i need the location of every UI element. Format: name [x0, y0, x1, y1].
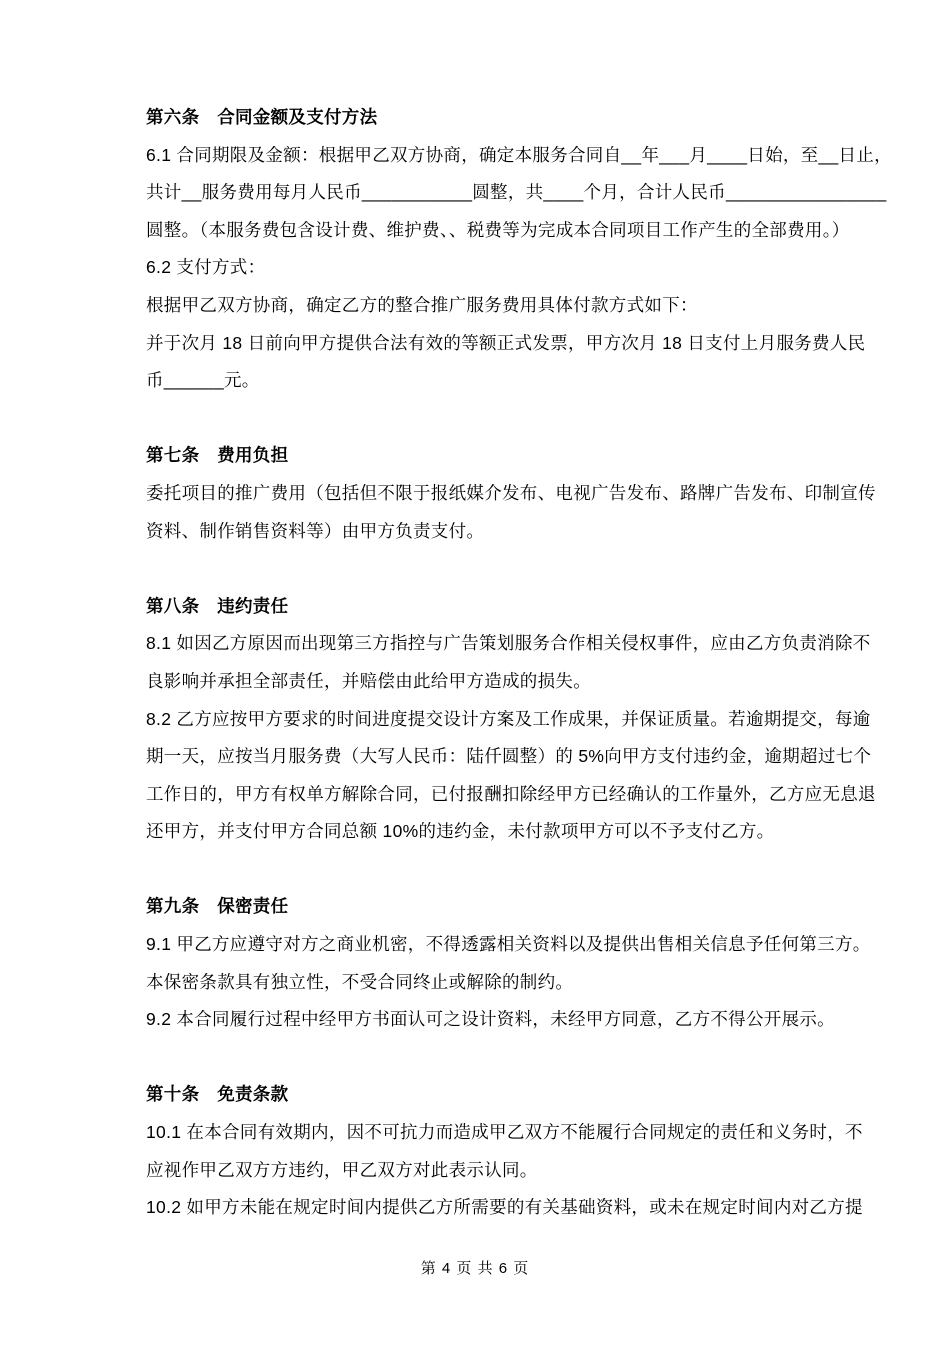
contract-line: 良影响并承担全部责任，并赔偿由此给甲方造成的损失。: [146, 663, 836, 701]
section-heading: 第六条 合同金额及支付方法: [146, 99, 836, 137]
contract-line: 8.2 乙方应按甲方要求的时间进度提交设计方案及工作成果，并保证质量。若逾期提交…: [146, 701, 836, 739]
page-footer: 第 4 页 共 6 页: [0, 1258, 950, 1280]
contract-line: 根据甲乙双方协商，确定乙方的整合推广服务费用具体付款方式如下：: [146, 287, 836, 325]
contract-line: 6.2 支付方式：: [146, 249, 836, 287]
section-article-10: 第十条 免责条款 10.1 在本合同有效期内，因不可抗力而造成甲乙双方不能履行合…: [146, 1076, 836, 1226]
contract-line: 本保密条款具有独立性，不受合同终止或解除的制约。: [146, 964, 836, 1002]
section-heading: 第十条 免责条款: [146, 1076, 836, 1114]
section-heading: 第七条 费用负担: [146, 437, 836, 475]
contract-line: 资料、制作销售资料等）由甲方负责支付。: [146, 513, 836, 551]
contract-line: 6.1 合同期限及金额：根据甲乙双方协商，确定本服务合同自__年___月____…: [146, 137, 836, 175]
contract-line: 币______元。: [146, 362, 836, 400]
contract-line: 10.2 如甲方未能在规定时间内提供乙方所需要的有关基础资料，或未在规定时间内对…: [146, 1189, 836, 1227]
section-article-8: 第八条 违约责任 8.1 如因乙方原因而出现第三方指控与广告策划服务合作相关侵权…: [146, 588, 836, 851]
section-article-7: 第七条 费用负担 委托项目的推广费用（包括但不限于报纸媒介发布、电视广告发布、路…: [146, 437, 836, 550]
section-article-6: 第六条 合同金额及支付方法 6.1 合同期限及金额：根据甲乙双方协商，确定本服务…: [146, 99, 836, 400]
contract-line: 还甲方，并支付甲方合同总额 10%的违约金，未付款项甲方可以不予支付乙方。: [146, 813, 836, 851]
contract-line: 期一天，应按当月服务费（大写人民币：陆仟圆整）的 5%向甲方支付违约金，逾期超过…: [146, 738, 836, 776]
section-heading: 第九条 保密责任: [146, 888, 836, 926]
contract-line: 圆整。（本服务费包含设计费、维护费、、税费等为完成本合同项目工作产生的全部费用。…: [146, 212, 836, 250]
section-article-9: 第九条 保密责任 9.1 甲乙方应遵守对方之商业机密，不得透露相关资料以及提供出…: [146, 888, 836, 1038]
contract-line: 共计__服务费用每月人民币___________圆整，共____个月，合计人民币…: [146, 174, 836, 212]
contract-line: 委托项目的推广费用（包括但不限于报纸媒介发布、电视广告发布、路牌广告发布、印制宣…: [146, 475, 836, 513]
contract-line: 工作日的，甲方有权单方解除合同，已付报酬扣除经甲方已经确认的工作量外，乙方应无息…: [146, 776, 836, 814]
contract-line: 9.1 甲乙方应遵守对方之商业机密，不得透露相关资料以及提供出售相关信息予任何第…: [146, 926, 836, 964]
document-body: 第六条 合同金额及支付方法 6.1 合同期限及金额：根据甲乙双方协商，确定本服务…: [146, 99, 836, 1264]
section-heading: 第八条 违约责任: [146, 588, 836, 626]
contract-line: 10.1 在本合同有效期内，因不可抗力而造成甲乙双方不能履行合同规定的责任和义务…: [146, 1114, 836, 1152]
contract-line: 8.1 如因乙方原因而出现第三方指控与广告策划服务合作相关侵权事件，应由乙方负责…: [146, 625, 836, 663]
contract-line: 并于次月 18 日前向甲方提供合法有效的等额正式发票，甲方次月 18 日支付上月…: [146, 325, 836, 363]
contract-line: 应视作甲乙双方方违约，甲乙双方对此表示认同。: [146, 1152, 836, 1190]
contract-document-page: 第六条 合同金额及支付方法 6.1 合同期限及金额：根据甲乙双方协商，确定本服务…: [0, 0, 950, 1346]
contract-line: 9.2 本合同履行过程中经甲方书面认可之设计资料，未经甲方同意，乙方不得公开展示…: [146, 1001, 836, 1039]
